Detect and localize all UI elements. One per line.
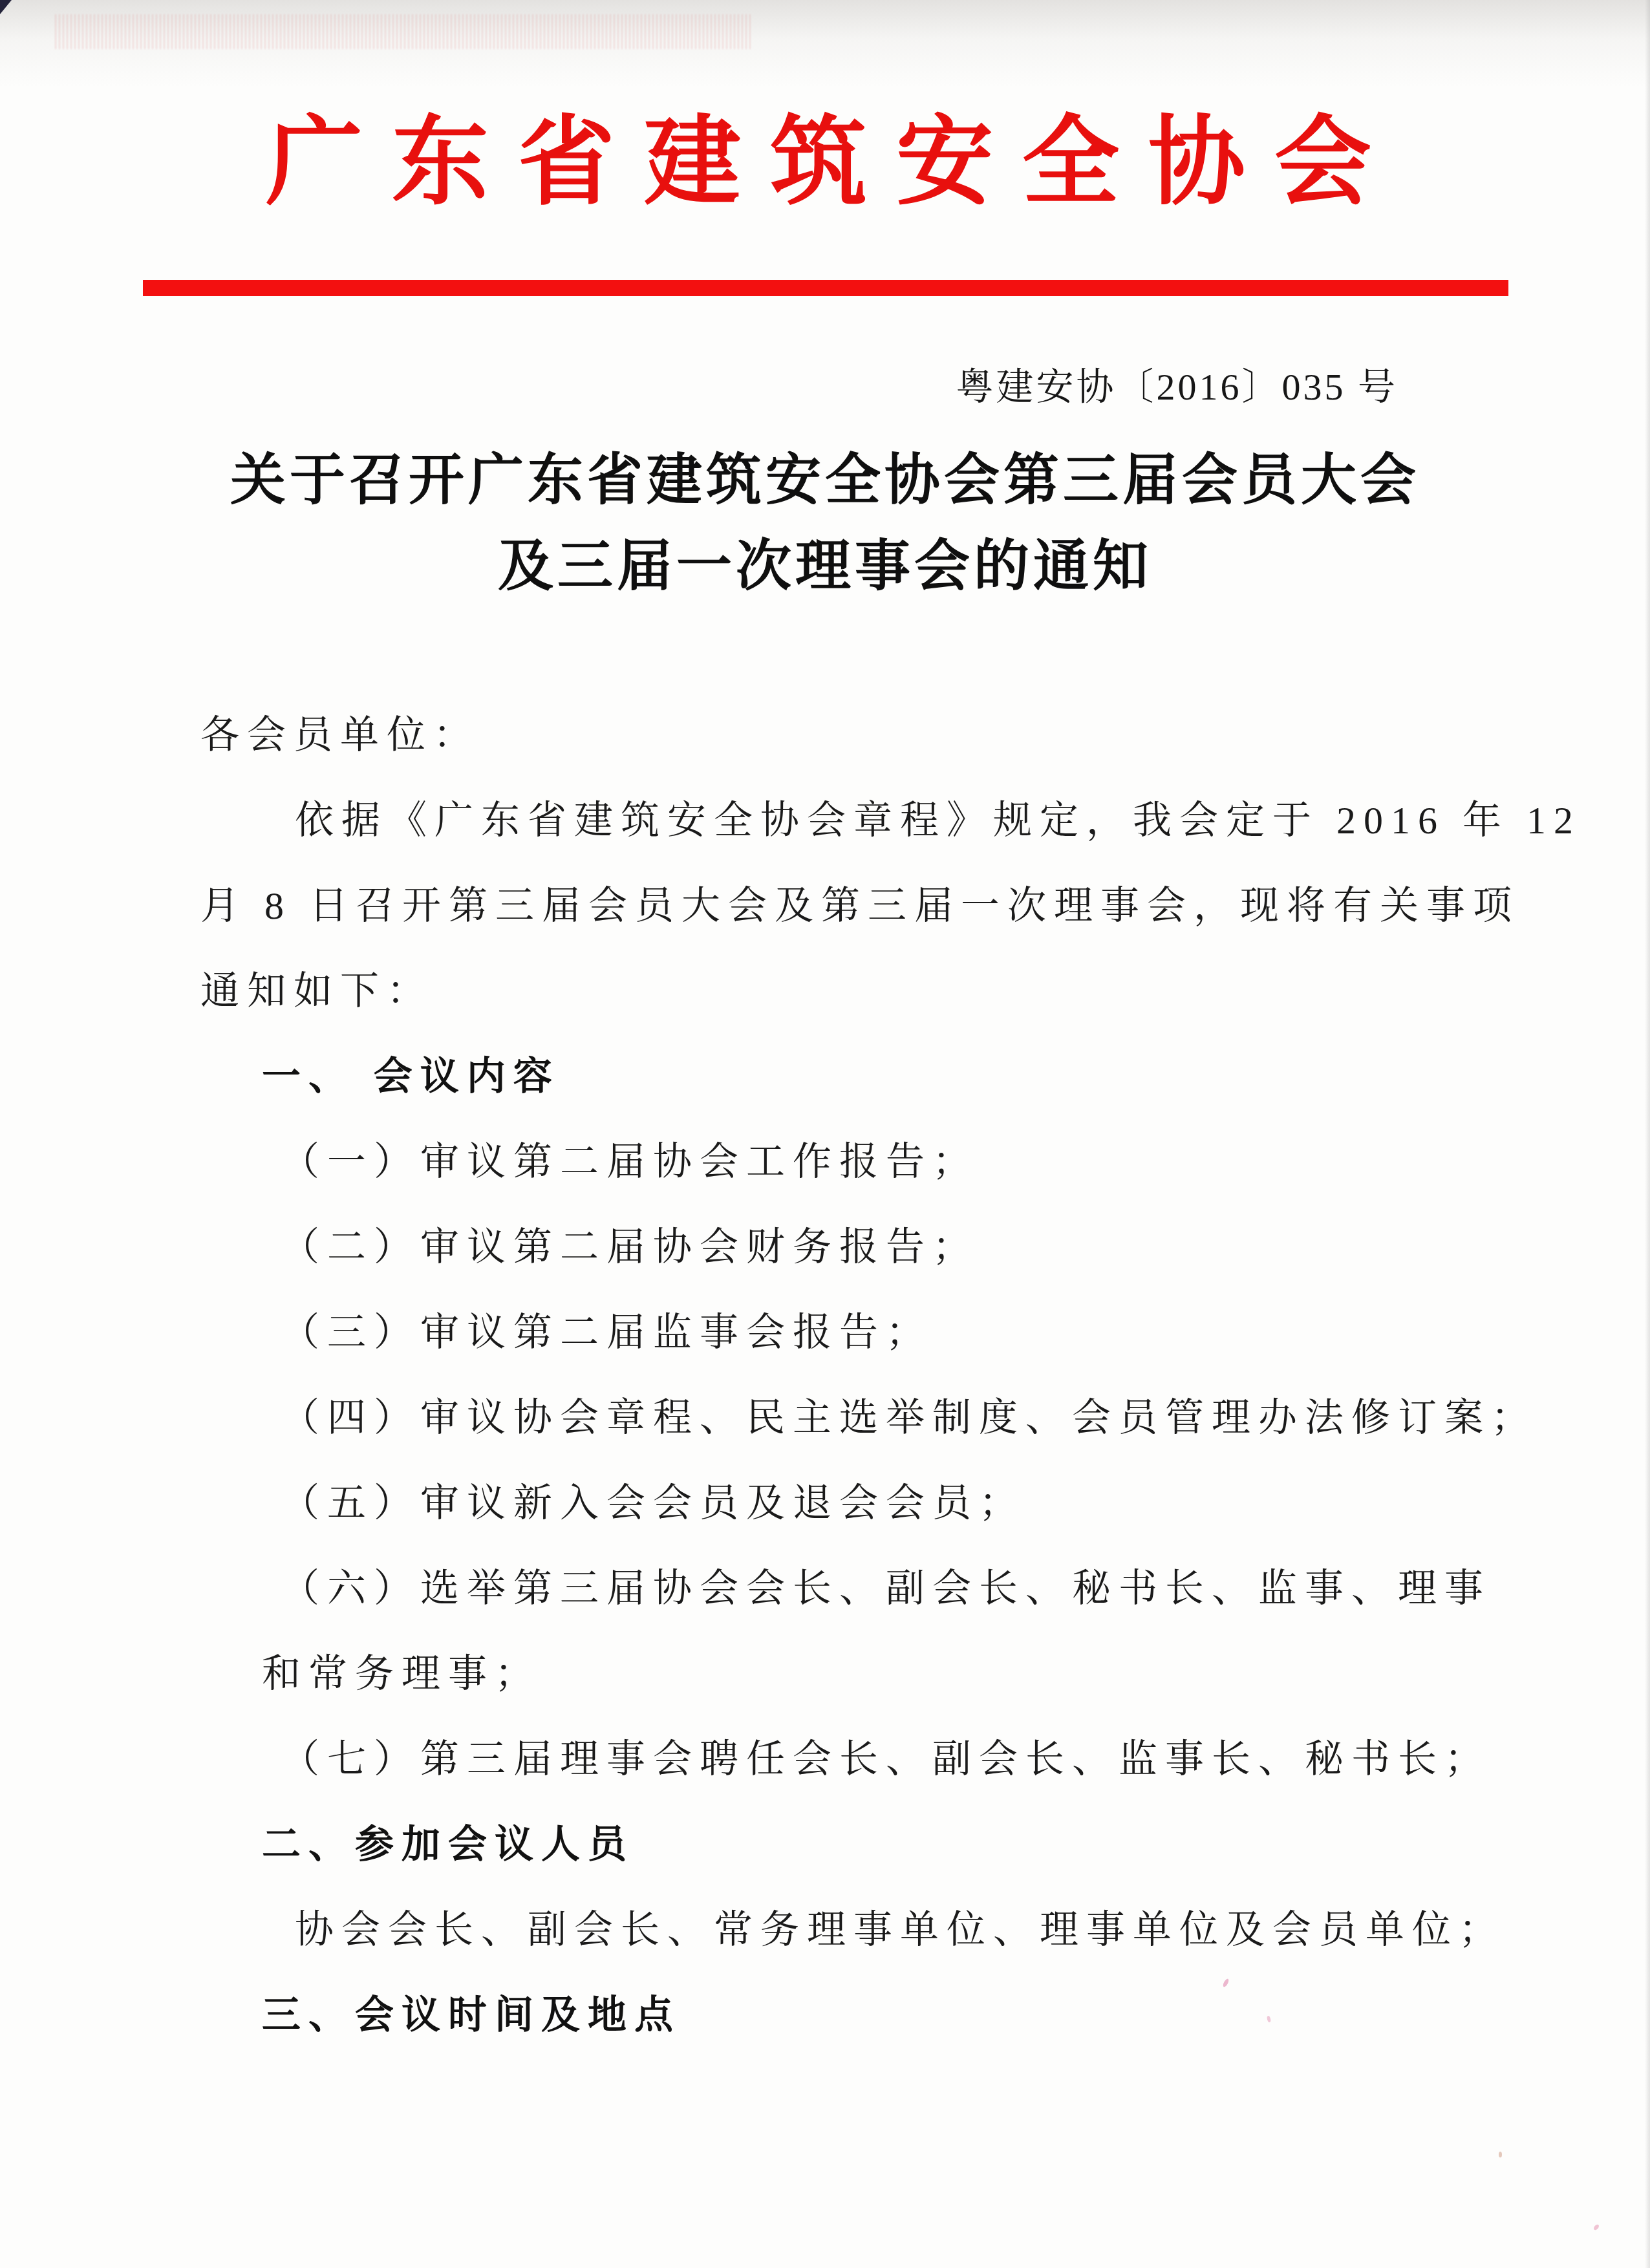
scan-speck — [1499, 2152, 1502, 2157]
list-item-5: （五）审议新入会会员及退会会员； — [200, 1460, 1513, 1546]
list-item-7: （七）第三届理事会聘任会长、副会长、监事长、秘书长； — [200, 1717, 1513, 1802]
list-item-6-continuation: 和常务理事； — [200, 1631, 1513, 1717]
scan-speck — [1592, 2223, 1600, 2231]
body-line: 月 8 日召开第三届会员大会及第三届一次理事会，现将有关事项 — [200, 863, 1513, 948]
notice-title: 关于召开广东省建筑安全协会第三届会员大会 及三届一次理事会的通知 — [0, 438, 1650, 610]
section-heading-3: 三、会议时间及地点 — [200, 1973, 1513, 2058]
red-header-rule — [143, 280, 1508, 296]
association-masthead-title: 广东省建筑安全协会 — [0, 111, 1650, 215]
scanned-notice-page: 广东省建筑安全协会 粤建安协〔2016〕035 号 关于召开广东省建筑安全协会第… — [0, 0, 1650, 2268]
list-item-4: （四）审议协会章程、民主选举制度、会员管理办法修订案； — [200, 1375, 1513, 1460]
body-line: 通知如下： — [200, 948, 1513, 1034]
list-item-1: （一）审议第二届协会工作报告； — [200, 1119, 1513, 1204]
body-line: 协会会长、副会长、常务理事单位、理事单位及会员单位； — [200, 1887, 1513, 1973]
body-line-salutation: 各会员单位： — [200, 692, 1513, 778]
notice-title-line-2: 及三届一次理事会的通知 — [0, 524, 1650, 610]
list-item-6: （六）选举第三届协会会长、副会长、秘书长、监事、理事 — [200, 1546, 1513, 1631]
scan-right-edge-artifact — [1645, 0, 1650, 2268]
notice-body: 各会员单位： 依据《广东省建筑安全协会章程》规定，我会定于 2016 年 12 … — [200, 692, 1513, 2058]
body-line: 依据《广东省建筑安全协会章程》规定，我会定于 2016 年 12 — [200, 778, 1513, 863]
section-heading-1: 一、 会议内容 — [200, 1034, 1513, 1119]
list-item-3: （三）审议第二届监事会报告； — [200, 1290, 1513, 1375]
document-number: 粤建安协〔2016〕035 号 — [956, 366, 1398, 409]
section-heading-2: 二、参加会议人员 — [200, 1802, 1513, 1887]
scan-pink-streaks-artifact — [55, 14, 753, 49]
notice-title-line-1: 关于召开广东省建筑安全协会第三届会员大会 — [0, 438, 1650, 524]
list-item-2: （二）审议第二届协会财务报告； — [200, 1204, 1513, 1290]
